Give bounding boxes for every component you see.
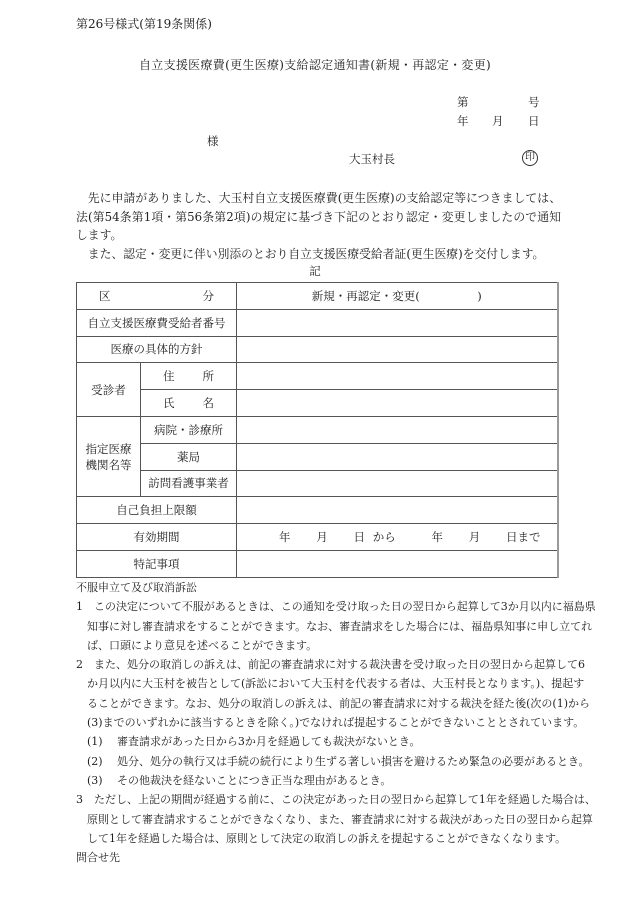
- institution-group-label: 指定医療 機関名等: [77, 416, 141, 496]
- notice-paragraph-1: 先に申請がありました、大玉村自立支援医療費(更生医療)の支給認定等につきましては…: [76, 189, 561, 245]
- sub-item-2: (2)処分、処分の執行又は手続の続行により生ずる著しい損害を避けるため緊急の必要…: [76, 752, 566, 771]
- name-value: [237, 390, 558, 417]
- date-month-label: 月: [492, 116, 504, 128]
- table-row-policy: 医療の具体的方針: [77, 336, 558, 363]
- note-2-line-4: (3)までのいずれかに該当するときを除く。)でなければ提起することができないこと…: [76, 713, 566, 732]
- date-year-label: 年: [457, 116, 469, 128]
- table-row-name: 氏名: [77, 390, 558, 417]
- document-number-prefix: 第: [457, 97, 469, 109]
- issuer-name: 大玉村長: [349, 154, 395, 166]
- category-label-a: 区: [99, 288, 111, 304]
- policy-label: 医療の具体的方針: [77, 336, 237, 363]
- appeal-notes: 不服申立て及び取消訴訟 1 この決定について不服があるときは、この通知を受け取っ…: [76, 578, 566, 867]
- remarks-value: [237, 550, 558, 577]
- category-label-b: 分: [203, 288, 215, 304]
- validity-value: 年 月 日 から 年 月 日まで: [237, 524, 558, 551]
- address-label-a: 住: [163, 368, 175, 384]
- hospital-label: 病院・診療所: [141, 416, 237, 443]
- date-day-label: 日: [528, 116, 540, 128]
- notes-heading: 不服申立て及び取消訴訟: [76, 578, 566, 597]
- name-label-a: 氏: [163, 395, 175, 411]
- form-id: 第26号様式(第19条関係): [76, 18, 212, 30]
- policy-value: [237, 336, 558, 363]
- nursing-value: [237, 470, 558, 497]
- pharmacy-label: 薬局: [141, 443, 237, 470]
- note-2-line-1: 2 また、処分の取消しの訴えは、前記の審査請求に対する裁決書を受け取った日の翌日…: [76, 655, 566, 674]
- table-row-pharmacy: 薬局: [77, 443, 558, 470]
- note-2-line-2: か月以内に大玉村を被告として(訴訟において大玉村を代表する者は、大玉村長となりま…: [76, 674, 566, 693]
- copay-limit-value: [237, 497, 558, 524]
- remarks-label: 特記事項: [77, 550, 237, 577]
- note-2-line-3: ることができます。なお、処分の取消しの訴えは、前記の審査請求に対する裁決を経た後…: [76, 694, 566, 713]
- table-row-copay-limit: 自己負担上限額: [77, 497, 558, 524]
- document-title: 自立支援医療費(更生医療)支給認定通知書(新規・再認定・変更): [0, 59, 630, 71]
- address-label-b: 所: [203, 368, 215, 384]
- note-3-line-2: 原則として審査請求することができなくなり、また、審査請求に対する裁決があった日の…: [76, 810, 566, 829]
- notice-paragraph-2: また、認定・変更に伴い別添のとおり自立支援医療受給者証(更生医療)を交付します。: [76, 245, 561, 264]
- document-number-suffix: 号: [528, 97, 540, 109]
- table-row-remarks: 特記事項: [77, 550, 558, 577]
- note-1-line-1: 1 この決定について不服があるときは、この通知を受け取った日の翌日から起算して3…: [76, 597, 566, 616]
- category-value: 新規・再認定・変更( ): [237, 283, 558, 310]
- table-row-hospital: 指定医療 機関名等 病院・診療所: [77, 416, 558, 443]
- address-value: [237, 363, 558, 390]
- table-row-nursing: 訪問看護事業者: [77, 470, 558, 497]
- table-row-category: 区分 新規・再認定・変更( ): [77, 283, 558, 310]
- recipient-number-value: [237, 309, 558, 336]
- hospital-value: [237, 416, 558, 443]
- note-1-line-2: 知事に対し審査請求をすることができます。なお、審査請求をした場合には、福島県知事…: [76, 617, 566, 636]
- note-3-line-3: して1年を経過した場合は、原則として決定の取消しの訴えを提起することができなくな…: [76, 829, 566, 848]
- note-3-line-1: 3 ただし、上記の期間が経過する前に、この決定があった日の翌日から起算して1年を…: [76, 790, 566, 809]
- pharmacy-value: [237, 443, 558, 470]
- sub-item-3: (3)その他裁決を経ないことにつき正当な理由があるとき。: [76, 771, 566, 790]
- nursing-label: 訪問看護事業者: [141, 470, 237, 497]
- table-row-address: 受診者 住所: [77, 363, 558, 390]
- name-label-b: 名: [203, 395, 215, 411]
- ki-heading: 記: [0, 266, 630, 278]
- copay-limit-label: 自己負担上限額: [77, 497, 237, 524]
- validity-label: 有効期間: [77, 524, 237, 551]
- patient-group-label: 受診者: [77, 363, 141, 417]
- certification-table: 区分 新規・再認定・変更( ) 自立支援医療費受給者番号 医療の具体的方針 受診…: [76, 282, 559, 578]
- recipient-number-label: 自立支援医療費受給者番号: [77, 309, 237, 336]
- table-row-validity: 有効期間 年 月 日 から 年 月 日まで: [77, 524, 558, 551]
- contact-label: 問合せ先: [76, 848, 566, 867]
- addressee-suffix: 様: [207, 136, 219, 148]
- table-row-recipient-number: 自立支援医療費受給者番号: [77, 309, 558, 336]
- note-1-line-3: ば、口頭により意見を述べることができます。: [76, 636, 566, 655]
- seal-icon: 印: [522, 150, 538, 166]
- sub-item-1: (1)審査請求があった日から3か月を経過しても裁決がないとき。: [76, 732, 566, 751]
